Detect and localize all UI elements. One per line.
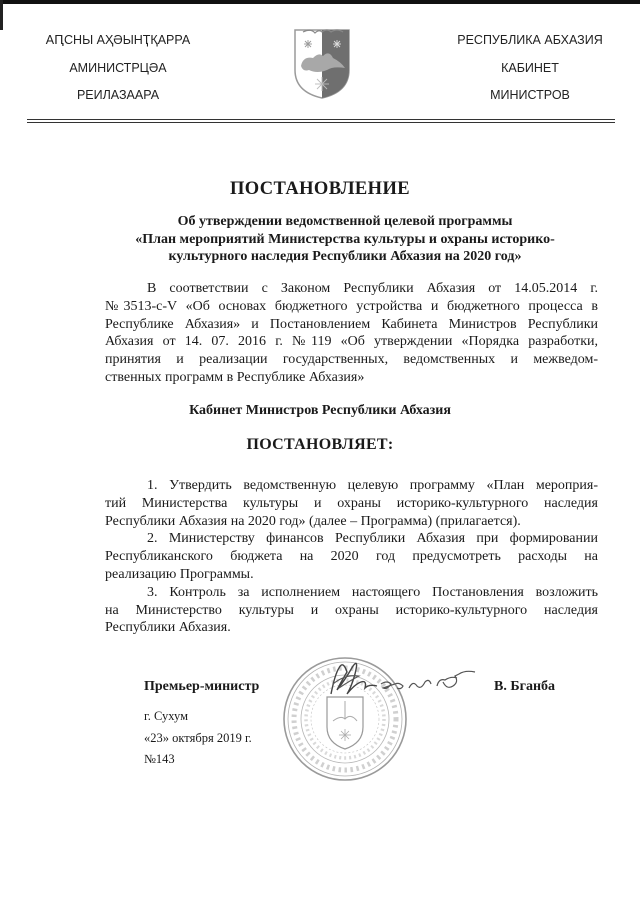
header-russian-line-2: КАБИНЕТ (440, 59, 620, 87)
header-divider (27, 119, 615, 123)
preamble-line: ственных программ в Республике Абхазия» (105, 369, 598, 387)
header-abkhaz-line-3: РЕИЛАЗААРА (38, 86, 198, 114)
preamble-line: В соответствии с Законом Республики Абха… (105, 280, 598, 298)
decree-verb: ПОСТАНОВЛЯЕТ: (0, 436, 640, 454)
item-2-line: 2. Министерству финансов Республики Абха… (105, 530, 598, 548)
signatory-name: В. Бганба (494, 679, 555, 695)
coat-of-arms-icon (293, 26, 351, 100)
item-1-line: 1. Утвердить ведомственную целевую прогр… (105, 477, 598, 495)
preamble-line: Республике Абхазия» и Постановлением Каб… (105, 316, 598, 334)
signatory-position: Премьер-министр (144, 679, 259, 695)
document-type-title: ПОСТАНОВЛЕНИЕ (0, 179, 640, 200)
preamble-line: Абхазия от 14. 07. 2016 г. №119 «Об утве… (105, 333, 598, 351)
issue-date: «23» октября 2019 г. (144, 731, 252, 746)
header-russian-line-1: РЕСПУБЛИКА АБХАЗИЯ (440, 31, 620, 59)
item-2-line: реализацию Программы. (105, 566, 598, 584)
subject-line: культурного наследия Республики Абхазия … (110, 248, 580, 266)
item-1-line: Республики Абхазия на 2020 год» (далее –… (105, 513, 598, 531)
subject-line: «План мероприятий Министерства культуры … (110, 231, 580, 249)
item-3-line: 3. Контроль за исполнением настоящего По… (105, 584, 598, 602)
document-number: №143 (144, 752, 175, 767)
header-russian-line-3: МИНИСТРОВ (440, 86, 620, 114)
header-abkhaz-line-2: АМИНИСТРЦӘА (38, 59, 198, 87)
header-russian: РЕСПУБЛИКА АБХАЗИЯ КАБИНЕТ МИНИСТРОВ (440, 31, 620, 114)
preamble-line: №3513-с-V «Об основах бюджетного устройс… (105, 298, 598, 316)
issuer-line: Кабинет Министров Республики Абхазия (0, 403, 640, 419)
scan-edge-left (0, 0, 3, 30)
header-abkhaz-line-1: АԤСНЫ АҲӘЫНҬҚАРРА (38, 31, 198, 59)
issue-city: г. Сухум (144, 709, 188, 724)
header-abkhaz: АԤСНЫ АҲӘЫНҬҚАРРА АМИНИСТРЦӘА РЕИЛАЗААРА (38, 31, 198, 114)
preamble-line: принятия и реализации государственных, в… (105, 351, 598, 369)
subject-line: Об утверждении ведомственной целевой про… (110, 213, 580, 231)
item-2-line: Республиканского бюджета на 2020 год пре… (105, 548, 598, 566)
preamble-paragraph: В соответствии с Законом Республики Абха… (105, 280, 598, 387)
scan-edge-top (0, 0, 640, 4)
item-3-line: Республики Абхазия. (105, 619, 598, 637)
document-subject: Об утверждении ведомственной целевой про… (110, 213, 580, 266)
item-1-line: тий Министерства культуры и охраны истор… (105, 495, 598, 513)
handwritten-signature-icon (325, 654, 485, 702)
decree-items: 1. Утвердить ведомственную целевую прогр… (105, 477, 598, 637)
item-3-line: на Министерство культуры и охраны истори… (105, 602, 598, 620)
